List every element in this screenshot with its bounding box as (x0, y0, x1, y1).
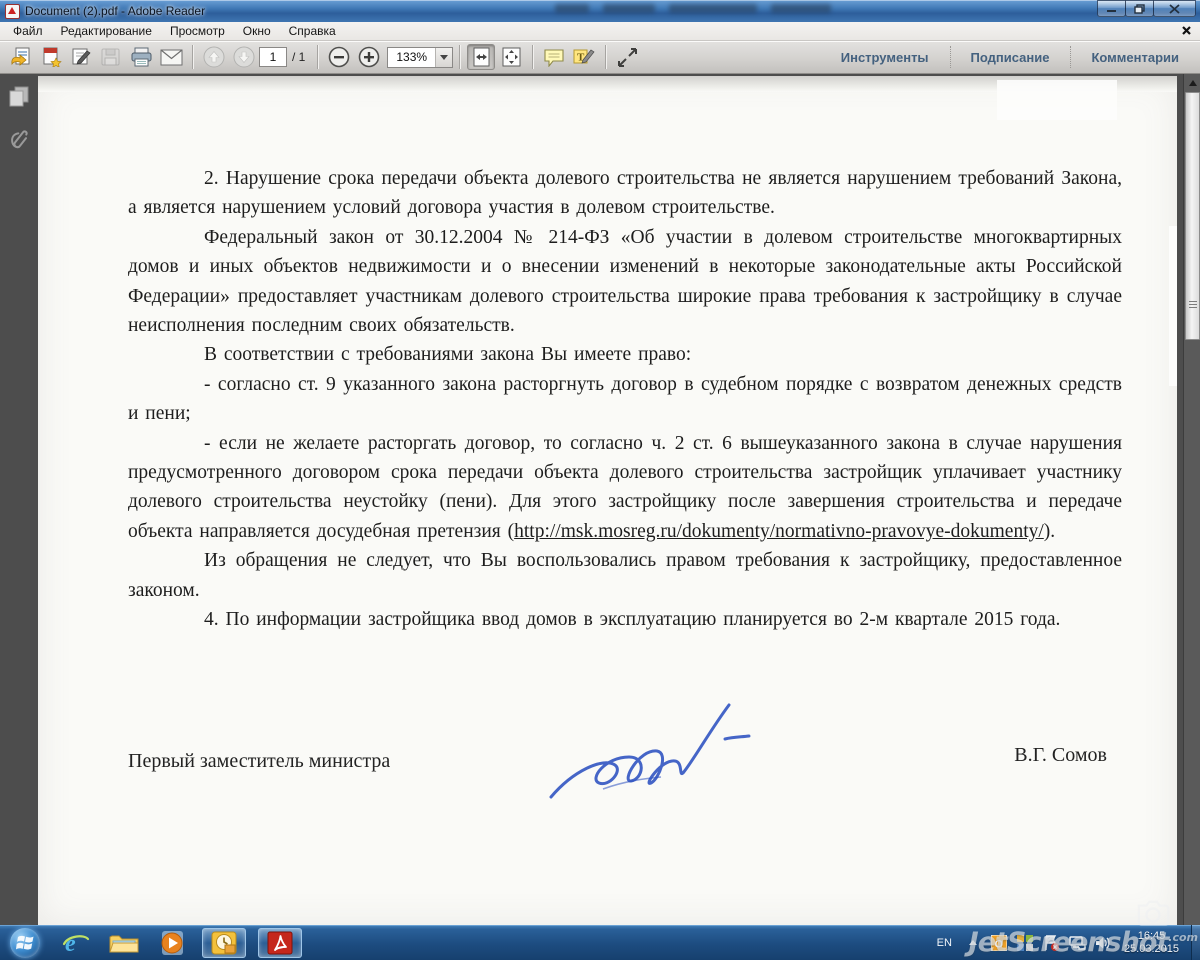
document-paragraph: В соответствии с требованиями закона Вы … (128, 340, 1122, 369)
show-hidden-icons-button[interactable] (969, 940, 977, 945)
document-workspace: 2. Нарушение срока передачи объекта доле… (0, 74, 1200, 925)
sign-panel-button[interactable]: Подписание (950, 41, 1071, 73)
attachments-button[interactable] (9, 126, 29, 152)
taskbar-outlook[interactable] (202, 928, 246, 958)
system-tray: EN O (929, 925, 1200, 960)
start-button[interactable] (10, 928, 40, 958)
restore-icon (1134, 4, 1145, 14)
minimize-button[interactable] (1097, 0, 1126, 17)
open-file-button[interactable] (7, 44, 35, 70)
document-text-segment: В соответствии с требованиями закона Вы … (204, 344, 691, 365)
zoom-level-value: 133% (388, 50, 435, 64)
navigation-pane-rail (0, 74, 38, 925)
email-button[interactable] (157, 44, 185, 70)
tray-outlook-icon[interactable]: O (990, 934, 1008, 952)
sign-document-button[interactable] (67, 44, 95, 70)
toolbar-separator (605, 45, 606, 69)
scan-artifact (997, 80, 1117, 120)
folder-icon (109, 931, 139, 955)
toolbar-separator (532, 45, 533, 69)
comment-panel-button[interactable]: Комментарии (1070, 41, 1200, 73)
document-paragraph: Федеральный закон от 30.12.2004 № 214-ФЗ… (128, 223, 1122, 341)
fit-page-icon (501, 47, 522, 67)
scrollbar-grip (1189, 301, 1197, 309)
zoom-out-button[interactable] (325, 44, 353, 70)
previous-page-icon (203, 46, 225, 68)
taskbar-windows-explorer[interactable] (106, 928, 142, 958)
taskbar: e EN (0, 925, 1200, 960)
show-desktop-button[interactable] (1191, 925, 1200, 960)
document-hyperlink[interactable]: http://msk.mosreg.ru/dokumenty/normativn… (514, 521, 1044, 542)
document-text-segment: Федеральный закон от 30.12.2004 № 214-ФЗ… (128, 227, 1122, 336)
next-page-icon (233, 46, 255, 68)
highlight-text-button[interactable]: T (570, 44, 598, 70)
close-document-button[interactable] (1181, 25, 1192, 36)
save-icon (101, 48, 121, 67)
svg-text:e: e (65, 931, 76, 956)
scrollbar-thumb[interactable] (1185, 92, 1200, 340)
adobe-reader-icon (267, 931, 293, 955)
document-text-segment: 4. По информации застройщика ввод домов … (204, 609, 1060, 630)
handwritten-signature (543, 699, 793, 814)
menu-file[interactable]: Файл (4, 22, 52, 40)
comment-button[interactable] (540, 44, 568, 70)
toolbar-separator (192, 45, 193, 69)
scroll-up-button[interactable] (1185, 76, 1200, 90)
sign-document-icon (70, 47, 92, 67)
toolbar: / 1 133% (0, 41, 1200, 74)
volume-icon[interactable] (1094, 934, 1112, 952)
close-button[interactable] (1153, 0, 1196, 17)
taskbar-internet-explorer[interactable]: e (58, 928, 94, 958)
tray-app-icon[interactable] (1016, 934, 1034, 952)
scan-artifact (1169, 226, 1177, 386)
close-document-icon (1181, 25, 1192, 36)
vertical-scrollbar[interactable] (1183, 74, 1200, 925)
zoom-out-icon (328, 46, 350, 68)
windows-logo-icon (16, 935, 34, 951)
scrolling-mode-button[interactable] (467, 44, 495, 70)
media-player-icon (158, 930, 186, 956)
svg-text:O: O (994, 938, 1003, 950)
page-thumbnails-icon (9, 86, 29, 108)
document-body-text: 2. Нарушение срока передачи объекта доле… (128, 164, 1122, 635)
page-number-input[interactable] (259, 47, 287, 67)
fit-width-icon (471, 47, 492, 67)
fullscreen-button[interactable] (613, 44, 641, 70)
chevron-down-icon (440, 55, 448, 60)
network-icon[interactable] (1068, 934, 1086, 952)
pdf-page[interactable]: 2. Нарушение срока передачи объекта доле… (38, 76, 1177, 925)
menu-edit[interactable]: Редактирование (52, 22, 161, 40)
zoom-level-control[interactable]: 133% (387, 47, 453, 68)
document-text-segment: ). (1044, 521, 1055, 542)
toolbar-separator (317, 45, 318, 69)
action-center-icon[interactable] (1042, 934, 1060, 952)
clock-date: 25.03.2015 (1124, 943, 1179, 956)
signer-name: В.Г. Сомов (1014, 744, 1107, 767)
email-icon (160, 49, 183, 66)
menu-bar: Файл Редактирование Просмотр Окно Справк… (0, 22, 1200, 41)
print-icon (130, 47, 153, 67)
taskbar-adobe-reader[interactable] (258, 928, 302, 958)
internet-explorer-icon: e (62, 930, 90, 956)
menu-window[interactable]: Окно (234, 22, 280, 40)
open-file-icon (10, 47, 32, 67)
toolbar-separator (459, 45, 460, 69)
outlook-icon (211, 931, 237, 955)
document-paragraph: 2. Нарушение срока передачи объекта доле… (128, 164, 1122, 223)
document-paragraph: 4. По информации застройщика ввод домов … (128, 605, 1122, 634)
adobe-reader-app-icon (5, 4, 20, 19)
title-bar: Document (2).pdf - Adobe Reader (0, 0, 1200, 22)
comment-bubble-icon (543, 48, 565, 67)
next-page-button[interactable] (230, 44, 258, 70)
fullscreen-arrows-icon (617, 47, 638, 68)
document-text-segment: - согласно ст. 9 указанного закона расто… (128, 374, 1122, 424)
create-pdf-button[interactable] (37, 44, 65, 70)
zoom-dropdown-button[interactable] (435, 48, 452, 67)
close-icon (1169, 4, 1180, 14)
document-paragraph: - согласно ст. 9 указанного закона расто… (128, 370, 1122, 429)
page-total-label: / 1 (292, 50, 305, 64)
window-title: Document (2).pdf - Adobe Reader (25, 4, 205, 18)
create-pdf-icon (40, 47, 62, 67)
highlight-text-icon: T (573, 47, 595, 67)
menu-help[interactable]: Справка (280, 22, 345, 40)
clock[interactable]: 16:45 25.03.2015 (1116, 930, 1187, 956)
zoom-in-button[interactable] (355, 44, 383, 70)
signer-title: Первый заместитель министра (128, 750, 390, 773)
minimize-icon (1106, 4, 1117, 13)
zoom-in-icon (358, 46, 380, 68)
clock-time: 16:45 (1124, 930, 1179, 943)
language-indicator[interactable]: EN (929, 937, 960, 949)
fit-page-button[interactable] (497, 44, 525, 70)
document-paragraph: Из обращения не следует, что Вы воспольз… (128, 546, 1122, 605)
background-window-glass-blur (555, 2, 975, 16)
save-button[interactable] (97, 44, 125, 70)
paperclip-icon (9, 126, 29, 152)
taskbar-media-player[interactable] (154, 928, 190, 958)
tools-panel-button[interactable]: Инструменты (820, 41, 950, 73)
menu-view[interactable]: Просмотр (161, 22, 234, 40)
signature-block: Первый заместитель министра В.Г. Сомов (128, 744, 1122, 784)
previous-page-button[interactable] (200, 44, 228, 70)
print-button[interactable] (127, 44, 155, 70)
page-thumbnails-button[interactable] (9, 86, 29, 108)
document-paragraph: - если не желаете расторгать договор, то… (128, 429, 1122, 547)
document-text-segment: 2. Нарушение срока передачи объекта доле… (128, 168, 1122, 218)
restore-button[interactable] (1125, 0, 1154, 17)
document-text-segment: Из обращения не следует, что Вы воспольз… (128, 550, 1122, 600)
